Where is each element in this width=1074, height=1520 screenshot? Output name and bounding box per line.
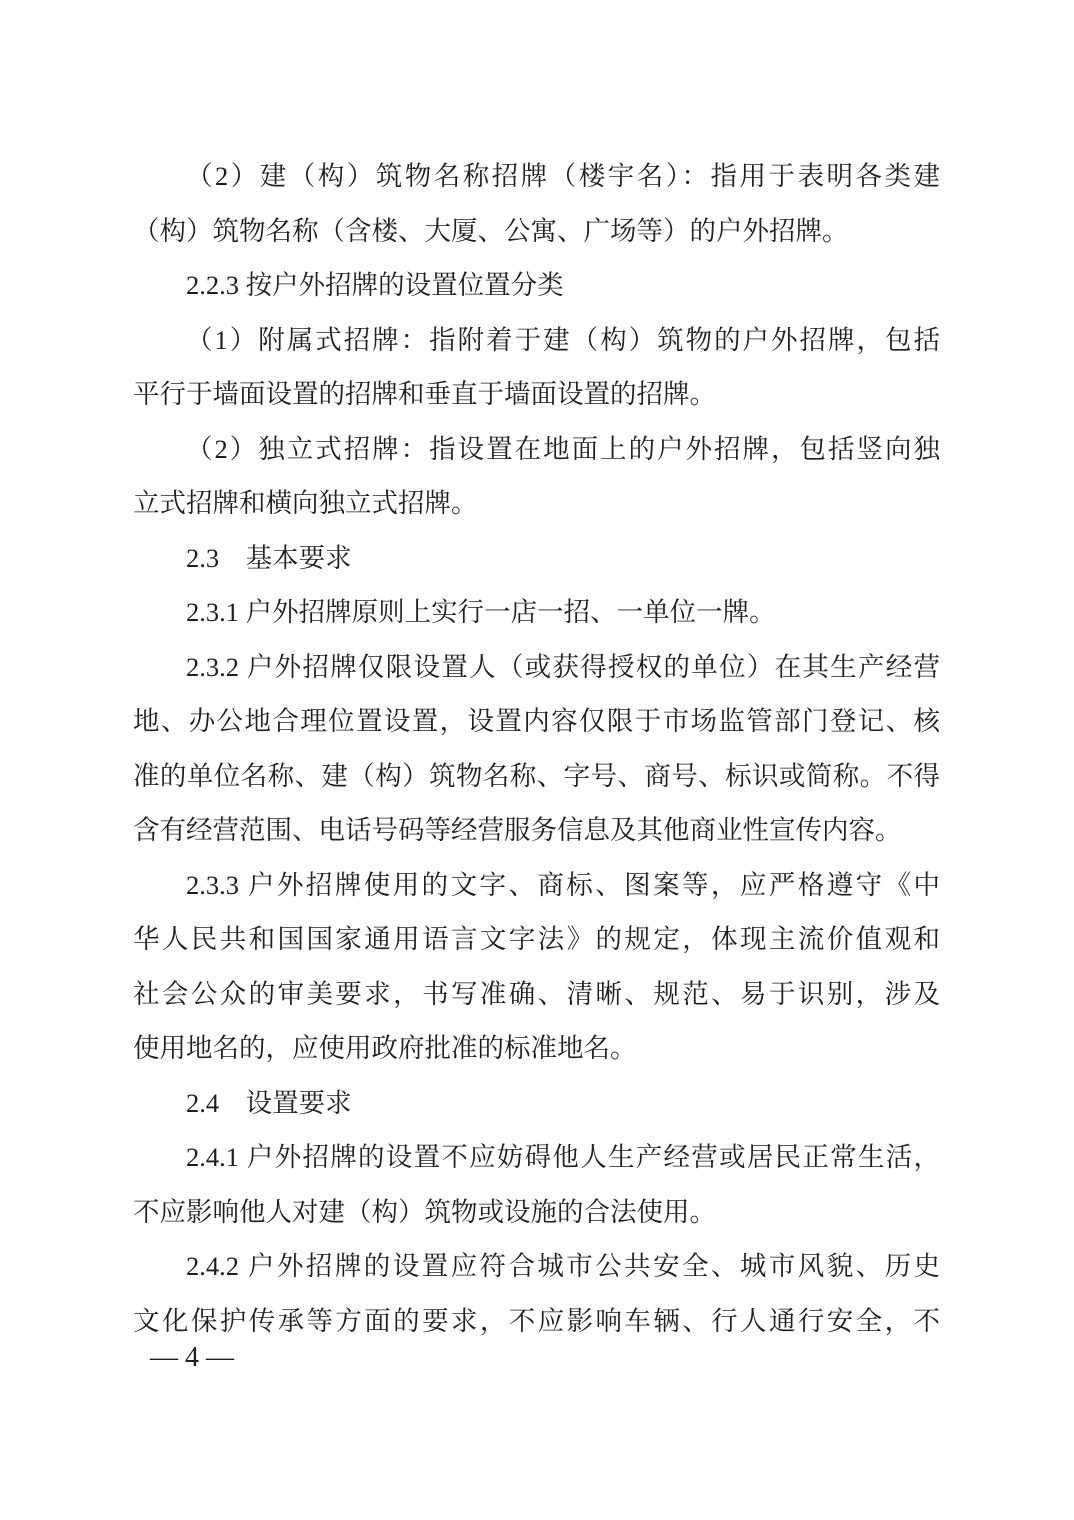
section-heading-2-2-3: 2.2.3 按户外招牌的设置位置分类 bbox=[133, 258, 940, 313]
text-column: （2）建（构）筑物名称招牌（楼宇名）：指用于表明各类建 （构）筑物名称（含楼、大… bbox=[133, 149, 940, 1348]
document-line: 含有经营范围、电话号码等经营服务信息及其他商业性宣传内容。 bbox=[133, 803, 940, 858]
document-line: （构）筑物名称（含楼、大厦、公寓、广场等）的户外招牌。 bbox=[133, 204, 940, 259]
document-line: 文化保护传承等方面的要求，不应影响车辆、行人通行安全，不 bbox=[133, 1294, 940, 1349]
document-line: （2）独立式招牌：指设置在地面上的户外招牌，包括竖向独 bbox=[133, 422, 940, 477]
document-line: 平行于墙面设置的招牌和垂直于墙面设置的招牌。 bbox=[133, 367, 940, 422]
document-line: 2.3.3 户外招牌使用的文字、商标、图案等，应严格遵守《中 bbox=[133, 858, 940, 913]
document-line: （1）附属式招牌：指附着于建（构）筑物的户外招牌，包括 bbox=[133, 313, 940, 368]
document-line: 2.4.1 户外招牌的设置不应妨碍他人生产经营或居民正常生活， bbox=[133, 1130, 940, 1185]
document-line: 华人民共和国国家通用语言文字法》的规定，体现主流价值观和 bbox=[133, 912, 940, 967]
document-line: 2.3.1 户外招牌原则上实行一店一招、一单位一牌。 bbox=[133, 585, 940, 640]
document-line: 不应影响他人对建（构）筑物或设施的合法使用。 bbox=[133, 1185, 940, 1240]
document-line: 2.3.2 户外招牌仅限设置人（或获得授权的单位）在其生产经营 bbox=[133, 640, 940, 695]
document-line: 2.4.2 户外招牌的设置应符合城市公共安全、城市风貌、历史 bbox=[133, 1239, 940, 1294]
document-line: 地、办公地合理位置设置，设置内容仅限于市场监管部门登记、核 bbox=[133, 694, 940, 749]
document-line: 使用地名的，应使用政府批准的标准地名。 bbox=[133, 1021, 940, 1076]
section-heading-2-3: 2.3 基本要求 bbox=[133, 531, 940, 586]
document-line: （2）建（构）筑物名称招牌（楼宇名）：指用于表明各类建 bbox=[133, 149, 940, 204]
section-heading-2-4: 2.4 设置要求 bbox=[133, 1076, 940, 1131]
document-line: 立式招牌和横向独立式招牌。 bbox=[133, 476, 940, 531]
document-page: （2）建（构）筑物名称招牌（楼宇名）：指用于表明各类建 （构）筑物名称（含楼、大… bbox=[0, 0, 1074, 1520]
page-number: — 4 — bbox=[150, 1341, 234, 1375]
document-line: 社会公众的审美要求，书写准确、清晰、规范、易于识别，涉及 bbox=[133, 967, 940, 1022]
document-line: 准的单位名称、建（构）筑物名称、字号、商号、标识或简称。不得 bbox=[133, 749, 940, 804]
